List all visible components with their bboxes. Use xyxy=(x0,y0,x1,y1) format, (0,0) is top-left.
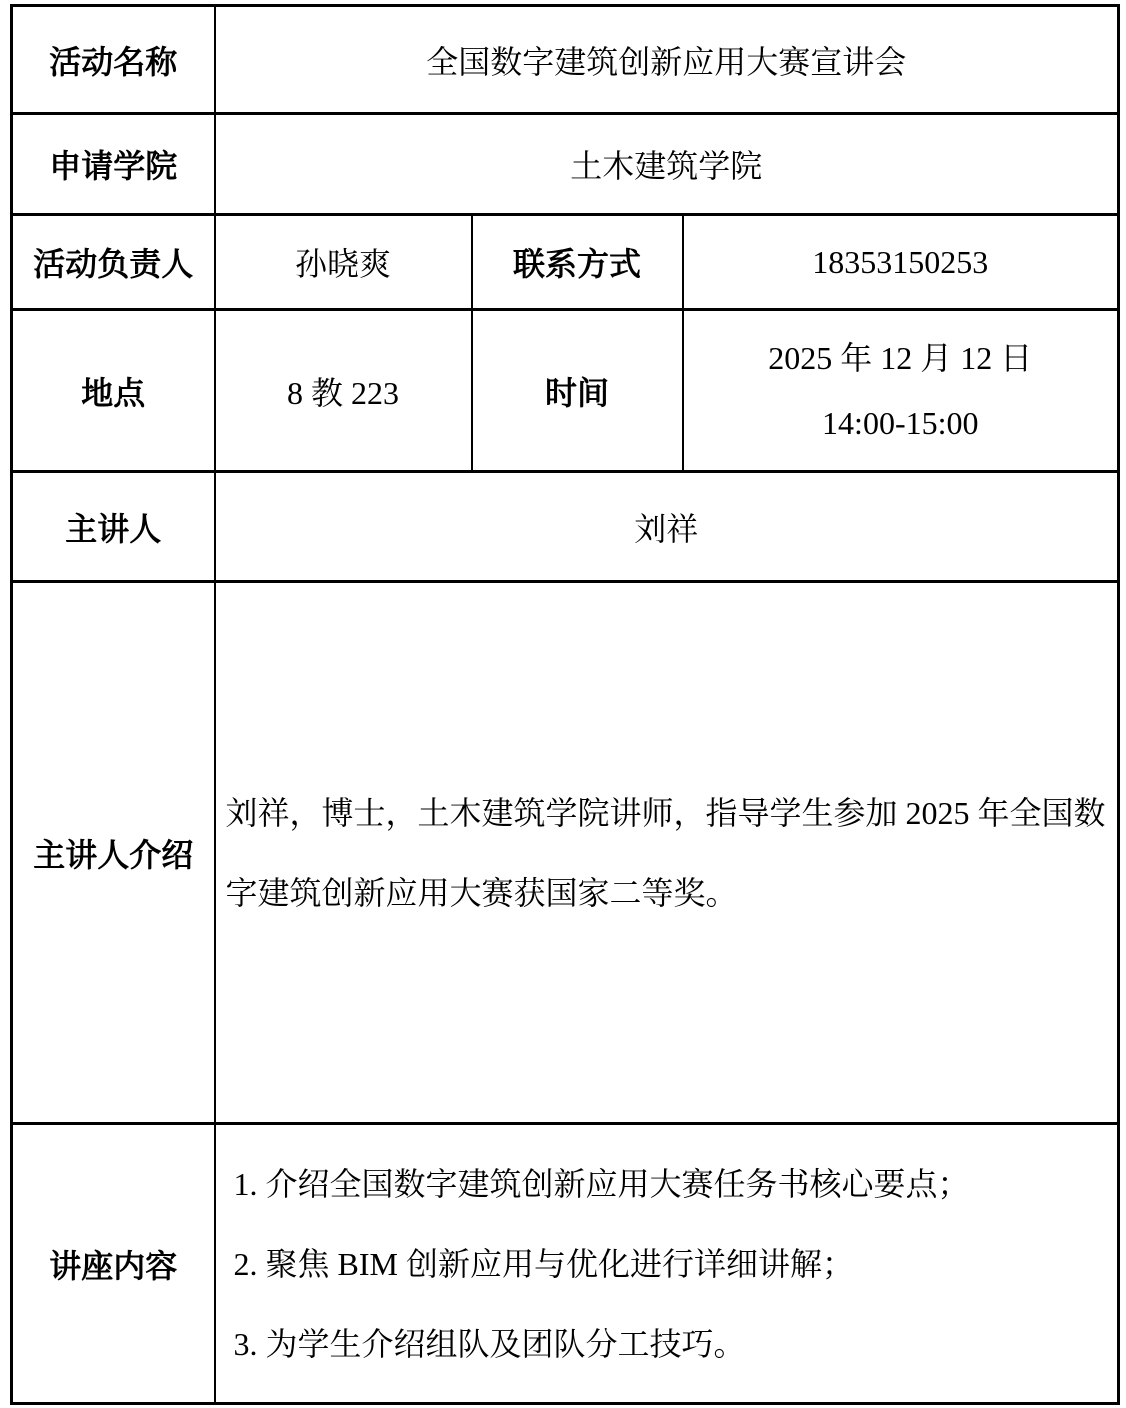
activity-form-table: 活动名称 全国数字建筑创新应用大赛宣讲会 申请学院 土木建筑学院 活动负责人 孙… xyxy=(10,4,1120,1405)
contact-value: 18353150253 xyxy=(683,215,1119,310)
lecture-content-value: 1. 介绍全国数字建筑创新应用大赛任务书核心要点； 2. 聚焦 BIM 创新应用… xyxy=(215,1124,1119,1404)
row-activity-name: 活动名称 全国数字建筑创新应用大赛宣讲会 xyxy=(12,6,1119,114)
location-label: 地点 xyxy=(12,310,215,472)
row-speaker-intro: 主讲人介绍 刘祥，博士，土木建筑学院讲师，指导学生参加 2025 年全国数字建筑… xyxy=(12,582,1119,1124)
leader-value: 孙晓爽 xyxy=(215,215,472,310)
speaker-value: 刘祥 xyxy=(215,472,1119,582)
speaker-label: 主讲人 xyxy=(12,472,215,582)
speaker-intro-paragraph: 刘祥，博士，土木建筑学院讲师，指导学生参加 2025 年全国数字建筑创新应用大赛… xyxy=(226,773,1108,933)
lecture-content-label: 讲座内容 xyxy=(12,1124,215,1404)
time-date-line: 2025 年 12 月 12 日 xyxy=(684,326,1118,391)
activity-name-label: 活动名称 xyxy=(12,6,215,114)
lecture-content-item-2: 2. 聚焦 BIM 创新应用与优化进行详细讲解； xyxy=(234,1224,1108,1304)
activity-name-value: 全国数字建筑创新应用大赛宣讲会 xyxy=(215,6,1119,114)
row-college: 申请学院 土木建筑学院 xyxy=(12,114,1119,215)
college-value: 土木建筑学院 xyxy=(215,114,1119,215)
time-value: 2025 年 12 月 12 日 14:00-15:00 xyxy=(683,310,1119,472)
row-location-time: 地点 8 教 223 时间 2025 年 12 月 12 日 14:00-15:… xyxy=(12,310,1119,472)
time-range-line: 14:00-15:00 xyxy=(684,391,1118,456)
lecture-content-item-3: 3. 为学生介绍组队及团队分工技巧。 xyxy=(234,1304,1108,1384)
row-leader-contact: 活动负责人 孙晓爽 联系方式 18353150253 xyxy=(12,215,1119,310)
row-lecture-content: 讲座内容 1. 介绍全国数字建筑创新应用大赛任务书核心要点； 2. 聚焦 BIM… xyxy=(12,1124,1119,1404)
lecture-content-item-1: 1. 介绍全国数字建筑创新应用大赛任务书核心要点； xyxy=(234,1144,1108,1224)
time-label: 时间 xyxy=(472,310,683,472)
leader-label: 活动负责人 xyxy=(12,215,215,310)
speaker-intro-value: 刘祥，博士，土木建筑学院讲师，指导学生参加 2025 年全国数字建筑创新应用大赛… xyxy=(215,582,1119,1124)
row-speaker: 主讲人 刘祥 xyxy=(12,472,1119,582)
college-label: 申请学院 xyxy=(12,114,215,215)
contact-label: 联系方式 xyxy=(472,215,683,310)
activity-application-form-page: 活动名称 全国数字建筑创新应用大赛宣讲会 申请学院 土木建筑学院 活动负责人 孙… xyxy=(0,0,1126,1408)
speaker-intro-label: 主讲人介绍 xyxy=(12,582,215,1124)
location-value: 8 教 223 xyxy=(215,310,472,472)
